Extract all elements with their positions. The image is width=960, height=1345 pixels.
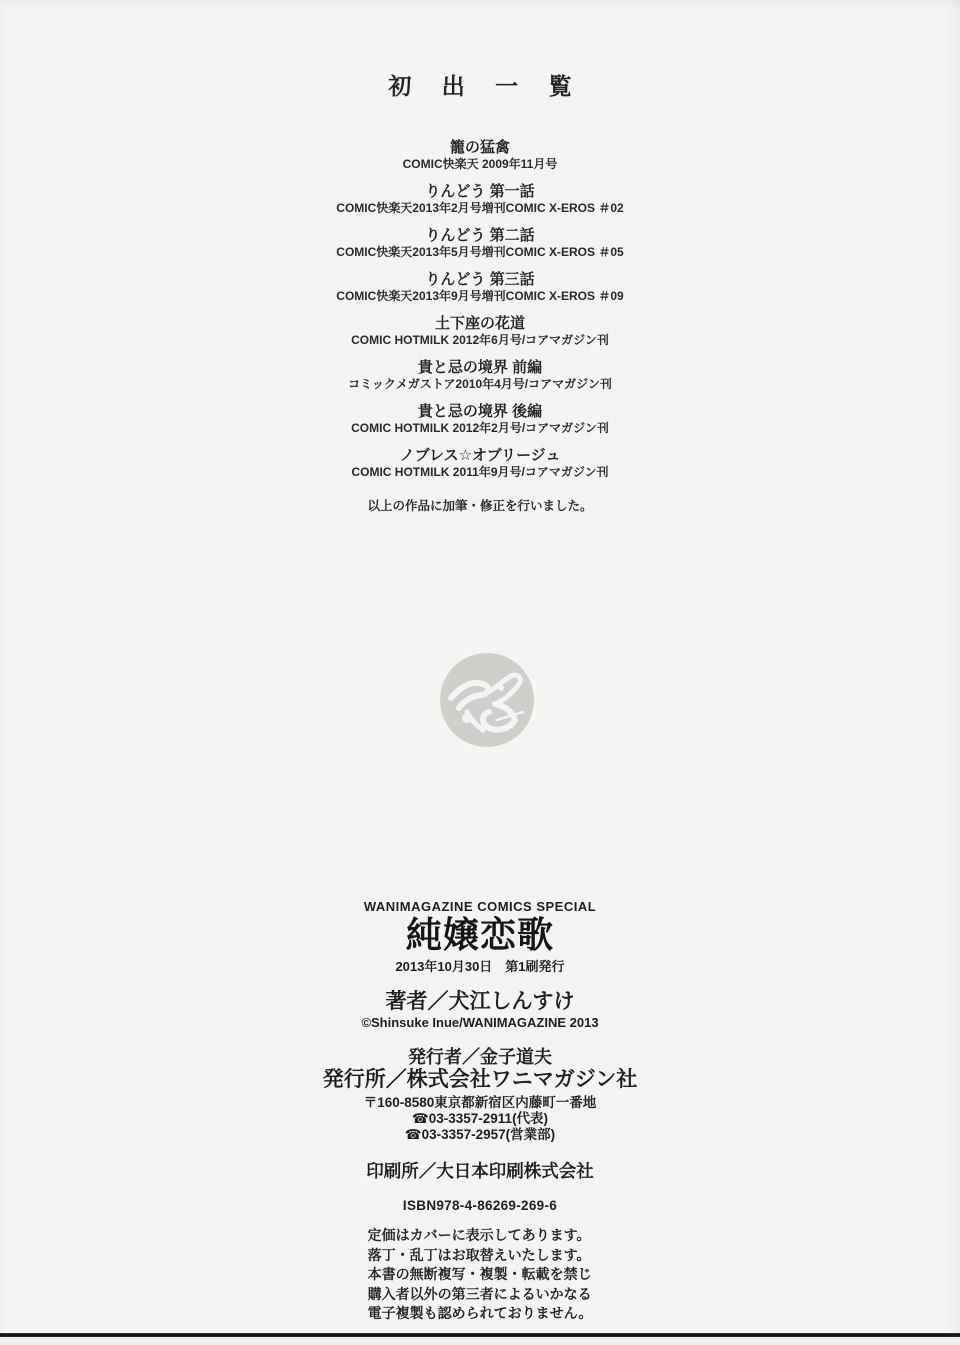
list-item: ノブレス☆オブリージュ COMIC HOTMILK 2011年9月号/コアマガジ… xyxy=(0,446,960,480)
page-title: 初 出 一 覧 xyxy=(12,68,960,101)
scan-bottom-margin xyxy=(0,1337,960,1345)
work-title: 貴と忌の境界 後編 xyxy=(0,402,960,421)
wanimagazine-crocodile-logo-icon xyxy=(437,650,537,750)
list-item: 貴と忌の境界 前編 コミックメガストア2010年4月号/コアマガジン刊 xyxy=(0,358,960,392)
list-item: 籠の猛禽 COMIC快楽天 2009年11月号 xyxy=(0,138,960,172)
phone-sales: ☎03-3357-2957(営業部) xyxy=(0,1127,960,1143)
scan-edge-line xyxy=(0,1333,960,1337)
legal-notices: 定価はカバーに表示してあります。 落丁・乱丁はお取替えいたします。 本書の無断複… xyxy=(368,1226,593,1324)
series-label: WANIMAGAZINE COMICS SPECIAL xyxy=(0,899,960,914)
list-item: りんどう 第一話 COMIC快楽天2013年2月号増刊COMIC X-EROS … xyxy=(0,182,960,216)
list-item: 貴と忌の境界 後編 COMIC HOTMILK 2012年2月号/コアマガジン刊 xyxy=(0,402,960,436)
work-title: 籠の猛禽 xyxy=(0,138,960,157)
list-item: りんどう 第二話 COMIC快楽天2013年5月号増刊COMIC X-EROS … xyxy=(0,226,960,260)
author-line: 著者／犬江しんすけ xyxy=(0,990,960,1014)
notice-line: 電子複製も認められておりません。 xyxy=(368,1304,593,1324)
list-item: りんどう 第三話 COMIC快楽天2013年9月号増刊COMIC X-EROS … xyxy=(0,270,960,304)
work-source: COMIC快楽天2013年2月号増刊COMIC X-EROS ＃02 xyxy=(0,201,960,216)
phone-main: ☎03-3357-2911(代表) xyxy=(0,1111,960,1127)
publisher-address: 〒160-8580東京都新宿区内藤町一番地 xyxy=(0,1094,960,1111)
work-title: りんどう 第二話 xyxy=(0,226,960,245)
list-item: 土下座の花道 COMIC HOTMILK 2012年6月号/コアマガジン刊 xyxy=(0,314,960,348)
revision-note: 以上の作品に加筆・修正を行いました。 xyxy=(0,496,960,514)
print-date: 2013年10月30日 第1刷発行 xyxy=(0,956,960,975)
work-source: COMIC HOTMILK 2012年2月号/コアマガジン刊 xyxy=(0,421,960,436)
isbn: ISBN978-4-86269-269-6 xyxy=(0,1198,960,1213)
copyright-line: ©Shinsuke Inue/WANIMAGAZINE 2013 xyxy=(0,1015,960,1030)
colophon: WANIMAGAZINE COMICS SPECIAL 純嬢恋歌 2013年10… xyxy=(0,899,960,1324)
work-source: コミックメガストア2010年4月号/コアマガジン刊 xyxy=(0,377,960,392)
work-title: ノブレス☆オブリージュ xyxy=(0,446,960,465)
work-source: COMIC HOTMILK 2012年6月号/コアマガジン刊 xyxy=(0,333,960,348)
work-title: 貴と忌の境界 前編 xyxy=(0,358,960,377)
notice-line: 購入者以外の第三者によるいかなる xyxy=(368,1285,593,1305)
publisher-company: 発行所／株式会社ワニマガジン社 xyxy=(0,1068,960,1092)
work-source: COMIC快楽天 2009年11月号 xyxy=(0,157,960,172)
work-source: COMIC快楽天2013年5月号増刊COMIC X-EROS ＃05 xyxy=(0,245,960,260)
publication-entries: 籠の猛禽 COMIC快楽天 2009年11月号 りんどう 第一話 COMIC快楽… xyxy=(0,138,960,480)
notice-line: 本書の無断複写・複製・転載を禁じ xyxy=(368,1265,593,1285)
work-title: りんどう 第三話 xyxy=(0,270,960,289)
scanned-colophon-page: 初 出 一 覧 籠の猛禽 COMIC快楽天 2009年11月号 りんどう 第一話… xyxy=(0,0,960,1345)
notice-line: 定価はカバーに表示してあります。 xyxy=(368,1226,593,1246)
work-title: りんどう 第一話 xyxy=(0,182,960,201)
printer-line: 印刷所／大日本印刷株式会社 xyxy=(0,1161,960,1182)
book-title: 純嬢恋歌 xyxy=(0,916,960,954)
work-source: COMIC HOTMILK 2011年9月号/コアマガジン刊 xyxy=(0,465,960,480)
notice-line: 落丁・乱丁はお取替えいたします。 xyxy=(368,1246,593,1266)
first-publication-list: 初 出 一 覧 籠の猛禽 COMIC快楽天 2009年11月号 りんどう 第一話… xyxy=(0,68,960,514)
publisher-person: 発行者／金子道夫 xyxy=(0,1047,960,1068)
work-source: COMIC快楽天2013年9月号増刊COMIC X-EROS ＃09 xyxy=(0,289,960,304)
work-title: 土下座の花道 xyxy=(0,314,960,333)
